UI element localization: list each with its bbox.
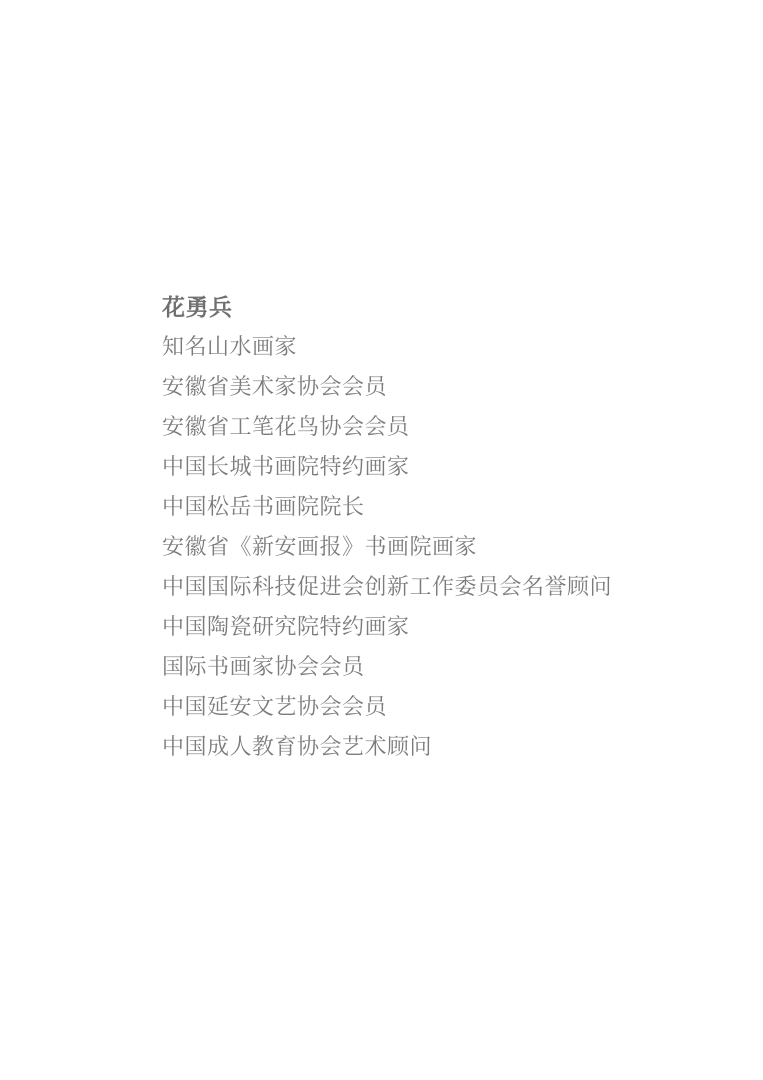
artist-bio-block: 花勇兵 知名山水画家 安徽省美术家协会会员 安徽省工笔花鸟协会会员 中国长城书画… bbox=[162, 287, 612, 767]
credential-line: 知名山水画家 bbox=[162, 327, 612, 367]
credential-line: 中国成人教育协会艺术顾问 bbox=[162, 727, 612, 767]
credential-line: 中国陶瓷研究院特约画家 bbox=[162, 607, 612, 647]
credential-line: 国际书画家协会会员 bbox=[162, 647, 612, 687]
credential-line: 中国松岳书画院院长 bbox=[162, 487, 612, 527]
credential-line: 安徽省美术家协会会员 bbox=[162, 367, 612, 407]
credential-line: 中国国际科技促进会创新工作委员会名誉顾问 bbox=[162, 567, 612, 607]
credential-line: 中国延安文艺协会会员 bbox=[162, 687, 612, 727]
credential-line: 安徽省《新安画报》书画院画家 bbox=[162, 527, 612, 567]
artist-name: 花勇兵 bbox=[162, 287, 612, 327]
credential-line: 中国长城书画院特约画家 bbox=[162, 447, 612, 487]
credential-line: 安徽省工笔花鸟协会会员 bbox=[162, 407, 612, 447]
